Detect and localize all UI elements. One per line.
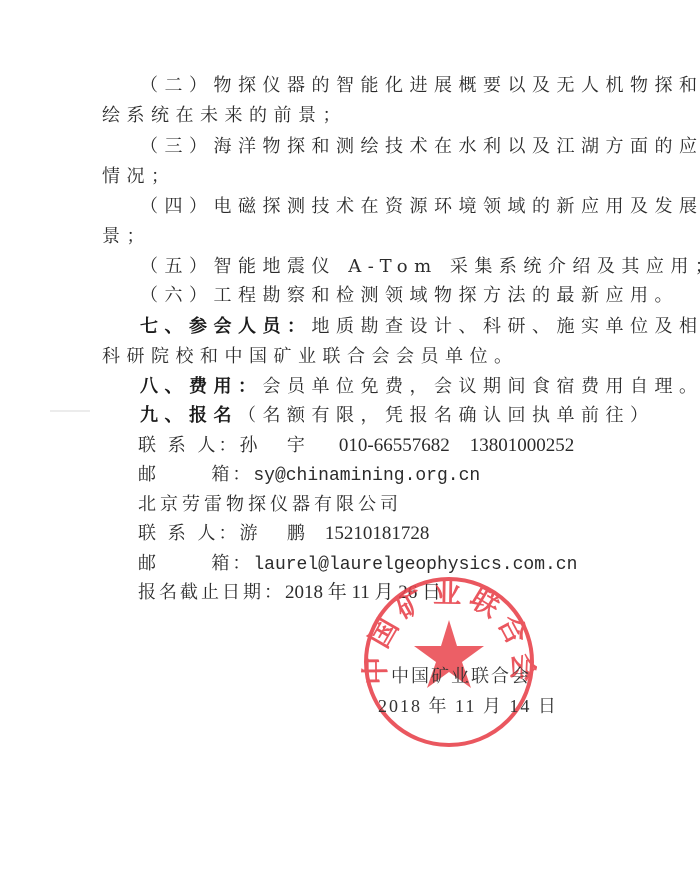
topic-3-line-1: （三）海洋物探和测绘技术在水利以及江湖方面的应用: [140, 135, 700, 159]
signature-org: 中国矿业联合会: [391, 662, 531, 688]
contact-phone: 010-66557682: [339, 435, 450, 456]
fees-line: 八、费用：会员单位免费，会议期间食宿费用自理。: [140, 375, 700, 399]
fees-heading: 八、费用：: [140, 376, 263, 397]
contact-2-email-line: 邮 箱：laurel@laurelgeophysics.com.cn: [138, 552, 577, 577]
registration-note: （名额有限，凭报名确认回执单前往）: [238, 405, 655, 426]
topic-4-line-1: （四）电磁探测技术在资源环境领域的新应用及发展前: [140, 195, 700, 219]
topic-text: 物探仪器的智能化进展概要以及无人机物探和测: [214, 75, 700, 96]
document-page: （二）物探仪器的智能化进展概要以及无人机物探和测 绘系统在未来的前景； （三）海…: [0, 0, 700, 874]
topic-text: 智能地震仪 A-Tom 采集系统介绍及其应用；: [214, 256, 700, 277]
topic-6-line-1: （六）工程勘察和检测领域物探方法的最新应用。: [140, 284, 679, 308]
topic-3-line-2: 情况；: [102, 165, 176, 189]
scan-artifact: [50, 410, 90, 412]
contact-email[interactable]: sy@chinamining.org.cn: [253, 466, 480, 486]
deadline-value: 2018 年 11 月 26 日: [285, 582, 441, 603]
topic-number: （五）: [140, 256, 214, 277]
participants-line-2: 科研院校和中国矿业联合会会员单位。: [102, 345, 519, 369]
topic-5-line-1: （五）智能地震仪 A-Tom 采集系统介绍及其应用；: [140, 255, 700, 279]
email-label: 邮 箱：: [138, 553, 253, 574]
contact-label: 联 系 人：: [138, 523, 239, 544]
topic-4-line-2: 景；: [102, 225, 151, 249]
contact-name: 游 鹏: [239, 523, 310, 544]
contact-mobile: 13801000252: [470, 435, 575, 456]
topic-2-line-2: 绘系统在未来的前景；: [102, 104, 347, 128]
topic-number: （二）: [140, 75, 214, 96]
deadline-line: 报名截止日期：2018 年 11 月 26 日: [138, 581, 441, 605]
deadline-label: 报名截止日期：: [138, 582, 285, 603]
topic-2-line-1: （二）物探仪器的智能化进展概要以及无人机物探和测: [140, 74, 700, 98]
topic-number: （六）: [140, 285, 214, 306]
contact-email[interactable]: laurel@laurelgeophysics.com.cn: [253, 555, 577, 575]
topic-text: 海洋物探和测绘技术在水利以及江湖方面的应用: [214, 136, 700, 157]
contact-1-person-line: 联 系 人：孙 宇010-6655768213801000252: [138, 434, 574, 458]
contact-label: 联 系 人：: [138, 435, 239, 456]
topic-number: （四）: [140, 196, 214, 217]
contact-name: 孙 宇: [239, 435, 310, 456]
topic-text: 电磁探测技术在资源环境领域的新应用及发展前: [214, 196, 700, 217]
contact-1-email-line: 邮 箱：sy@chinamining.org.cn: [138, 463, 480, 488]
contact-2-person-line: 联 系 人：游 鹏15210181728: [138, 522, 429, 546]
registration-heading: 九、报名: [140, 405, 238, 426]
topic-text: 工程勘察和检测领域物探方法的最新应用。: [214, 285, 680, 306]
topic-number: （三）: [140, 136, 214, 157]
email-label: 邮 箱：: [138, 464, 253, 485]
participants-heading: 七、参会人员：: [140, 316, 312, 337]
participants-line-1: 七、参会人员：地质勘查设计、科研、施实单位及相关: [140, 315, 700, 339]
signature-date: 2018 年 11 月 14 日: [378, 692, 558, 718]
contact-mobile: 15210181728: [325, 523, 430, 544]
registration-line: 九、报名（名额有限，凭报名确认回执单前往）: [140, 404, 655, 428]
fees-text: 会员单位免费，会议期间食宿费用自理。: [263, 376, 700, 397]
company-name: 北京劳雷物探仪器有限公司: [138, 493, 402, 517]
participants-text: 地质勘查设计、科研、施实单位及相关: [312, 316, 700, 337]
